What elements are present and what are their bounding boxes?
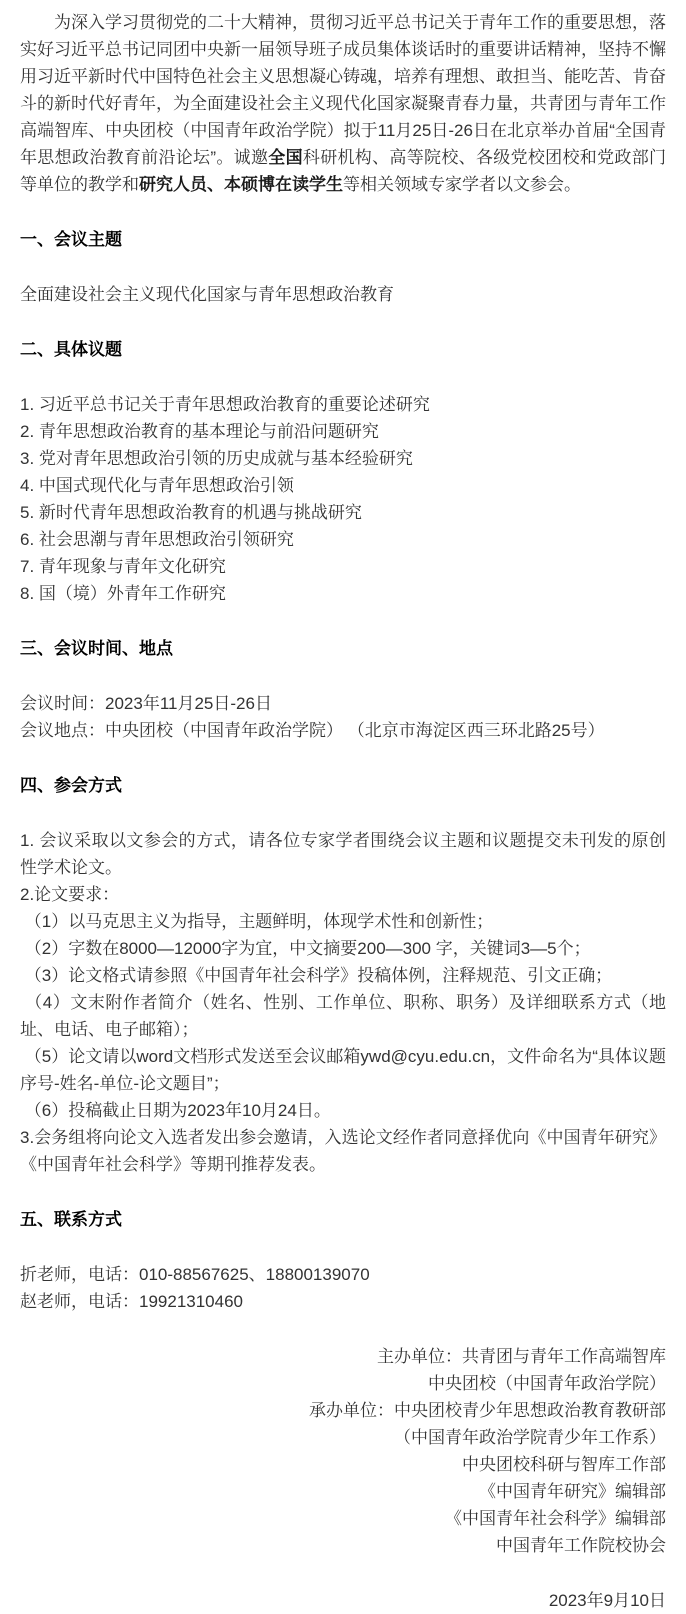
participation-detail-line: （2）字数在8000—12000字为宜，中文摘要200—300 字，关键词3—5… [20,935,666,962]
topic-item: 6. 社会思潮与青年思想政治引领研究 [20,526,666,553]
topics-list: 1. 习近平总书记关于青年思想政治教育的重要论述研究2. 青年思想政治教育的基本… [20,391,666,607]
contact-line: 折老师，电话：010-88567625、18800139070 [20,1261,666,1288]
organizer-line: 承办单位：中央团校青少年思想政治教育教研部 [20,1397,666,1424]
organizer-line: 中央团校（中国青年政治学院） [20,1370,666,1397]
participation-detail-line: （5）论文请以word文档形式发送至会议邮箱ywd@cyu.edu.cn，文件命… [20,1043,666,1097]
meeting-info-line: 会议地点：中央团校（中国青年政治学院） （北京市海淀区西三环北路25号） [20,717,666,744]
intro-bold-text: 研究人员、本硕博在读学生 [139,175,343,194]
conference-announcement-document: 为深入学习贯彻党的二十大精神，贯彻习近平总书记关于青年工作的重要思想，落实好习近… [20,9,666,1614]
conference-theme: 全面建设社会主义现代化国家与青年思想政治教育 [20,281,666,308]
meeting-info-line: 会议时间：2023年11月25日-26日 [20,690,666,717]
section2-heading: 二、具体议题 [20,336,666,363]
participation-detail-line: （1）以马克思主义为指导，主题鲜明，体现学术性和创新性； [20,908,666,935]
organizer-line: 主办单位：共青团与青年工作高端智库 [20,1343,666,1370]
organizer-line: 中国青年工作院校协会 [20,1532,666,1559]
participation-detail-line: 3.会务组将向论文入选者发出参会邀请，入选论文经作者同意择优向《中国青年研究》《… [20,1124,666,1178]
participation-detail-line: 1. 会议采取以文参会的方式，请各位专家学者围绕会议主题和议题提交未刊发的原创性… [20,827,666,881]
organizers-block: 主办单位：共青团与青年工作高端智库中央团校（中国青年政治学院）承办单位：中央团校… [20,1343,666,1559]
section1-heading: 一、会议主题 [20,226,666,253]
topic-item: 2. 青年思想政治教育的基本理论与前沿问题研究 [20,418,666,445]
participation-details: 1. 会议采取以文参会的方式，请各位专家学者围绕会议主题和议题提交未刊发的原创性… [20,827,666,1178]
contact-list: 折老师，电话：010-88567625、18800139070赵老师，电话：19… [20,1261,666,1315]
topic-item: 8. 国（境）外青年工作研究 [20,580,666,607]
intro-text: 等相关领域专家学者以文参会。 [343,175,581,194]
section4-heading: 四、参会方式 [20,772,666,799]
topic-item: 4. 中国式现代化与青年思想政治引领 [20,472,666,499]
intro-text: 为深入学习贯彻党的二十大精神，贯彻习近平总书记关于青年工作的重要思想，落实好习近… [20,13,666,167]
participation-detail-line: （3）论文格式请参照《中国青年社会科学》投稿体例，注释规范、引文正确； [20,962,666,989]
participation-detail-line: （6）投稿截止日期为2023年10月24日。 [20,1097,666,1124]
organizer-line: 《中国青年社会科学》编辑部 [20,1505,666,1532]
topic-item: 5. 新时代青年思想政治教育的机遇与挑战研究 [20,499,666,526]
participation-detail-line: （4）文末附作者简介（姓名、性别、工作单位、职称、职务）及详细联系方式（地址、电… [20,989,666,1043]
topic-item: 7. 青年现象与青年文化研究 [20,553,666,580]
organizer-line: （中国青年政治学院青少年工作系） [20,1424,666,1451]
intro-paragraph: 为深入学习贯彻党的二十大精神，贯彻习近平总书记关于青年工作的重要思想，落实好习近… [20,9,666,198]
topic-item: 1. 习近平总书记关于青年思想政治教育的重要论述研究 [20,391,666,418]
participation-detail-line: 2.论文要求： [20,881,666,908]
organizer-line: 《中国青年研究》编辑部 [20,1478,666,1505]
organizer-line: 中央团校科研与智库工作部 [20,1451,666,1478]
contact-line: 赵老师，电话：19921310460 [20,1288,666,1315]
intro-bold-text: 全国 [268,148,303,167]
topic-item: 3. 党对青年思想政治引领的历史成就与基本经验研究 [20,445,666,472]
meeting-info: 会议时间：2023年11月25日-26日会议地点：中央团校（中国青年政治学院） … [20,690,666,744]
section5-heading: 五、联系方式 [20,1206,666,1233]
section3-heading: 三、会议时间、地点 [20,635,666,662]
date-line: 2023年9月10日 [20,1587,666,1614]
